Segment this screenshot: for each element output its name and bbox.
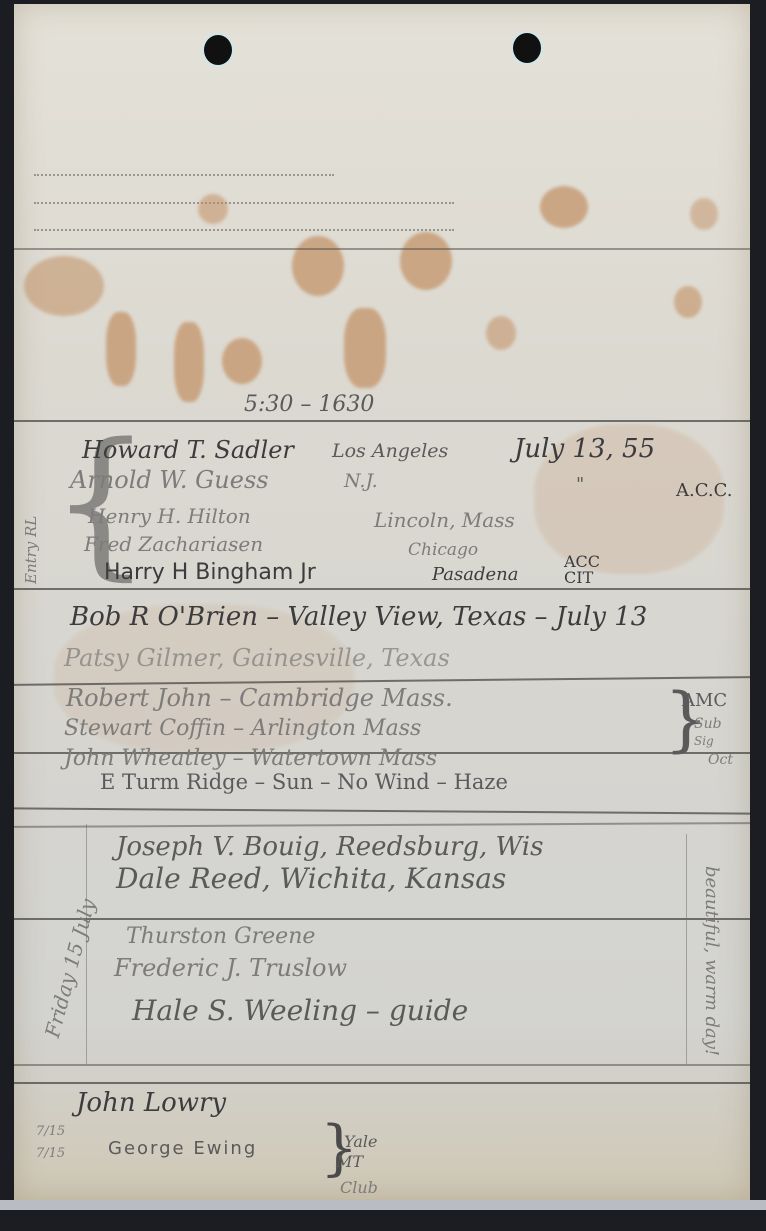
ruled-line <box>14 1082 750 1084</box>
entry-date: 7/15 <box>36 1124 65 1139</box>
stain <box>174 322 204 402</box>
entry-place: Lincoln, Mass <box>374 508 515 532</box>
time-range: 5:30 – 1630 <box>244 392 374 417</box>
ruled-line <box>14 807 750 814</box>
entry-line: Joseph V. Bouig, Reedsburg, Wis <box>116 832 543 862</box>
right-margin-note: beautiful, warm day! <box>701 866 722 1056</box>
stain <box>400 232 452 290</box>
stain <box>292 236 344 296</box>
side-note: Yale <box>344 1132 377 1151</box>
page-edge <box>0 1200 766 1210</box>
stain <box>674 286 702 318</box>
punch-hole-right <box>513 33 541 63</box>
side-note: Club <box>340 1178 378 1197</box>
ruled-line <box>14 822 750 828</box>
entry-name: Harry H Bingham Jr <box>104 560 316 585</box>
stain <box>486 316 516 350</box>
entry-line: John Wheatley – Watertown Mass <box>64 746 437 771</box>
punch-hole-left <box>204 35 232 65</box>
margin-line <box>686 834 687 1064</box>
side-note: Sig <box>694 734 714 748</box>
printed-dotted-line <box>34 174 334 177</box>
entry-note: ACC CIT <box>564 554 624 586</box>
register-page: 5:30 – 1630 Entry RL { Howard T. Sadler … <box>14 4 750 1200</box>
side-note: Sub <box>694 716 722 732</box>
ruled-line <box>14 918 750 920</box>
entry-date: " <box>576 474 584 495</box>
stain <box>344 308 386 388</box>
side-note: Oct <box>708 752 733 768</box>
ruled-line <box>14 1064 750 1066</box>
section-1-margin-label: Entry RL <box>22 516 40 584</box>
entry-place: Los Angeles <box>332 440 448 462</box>
side-note: MT <box>336 1152 363 1171</box>
entry-line: Stewart Coffin – Arlington Mass <box>64 716 421 741</box>
entry-line: Dale Reed, Wichita, Kansas <box>116 862 506 895</box>
entry-line: Thurston Greene <box>126 924 315 949</box>
ruled-line <box>14 248 750 250</box>
entry-name: Henry H. Hilton <box>88 504 251 528</box>
entry-line: E Turm Ridge – Sun – No Wind – Haze <box>100 770 508 794</box>
entry-line: Robert John – Cambridge Mass. <box>66 684 453 712</box>
entry-name: Fred Zachariasen <box>84 532 263 556</box>
printed-dotted-line <box>34 229 454 232</box>
entry-line: Patsy Gilmer, Gainesville, Texas <box>64 644 450 672</box>
entry-line: Bob R O'Brien – Valley View, Texas – Jul… <box>70 602 647 632</box>
entry-date: July 13, 55 <box>514 434 655 464</box>
entry-line: Hale S. Weeling – guide <box>132 994 468 1027</box>
entry-name: Howard T. Sadler <box>82 436 294 464</box>
printed-dotted-line <box>34 202 454 205</box>
entry-line: Frederic J. Truslow <box>114 954 347 982</box>
side-note: AMC <box>682 690 727 711</box>
entry-line: George Ewing <box>108 1138 257 1159</box>
entry-place: N.J. <box>344 470 378 492</box>
entry-date: 7/15 <box>36 1146 65 1161</box>
stain <box>198 194 228 224</box>
entry-place: Pasadena <box>432 564 519 585</box>
stain <box>106 312 136 386</box>
entry-place: Chicago <box>408 540 478 560</box>
stain <box>540 186 588 228</box>
entry-name: Arnold W. Guess <box>70 466 269 494</box>
stain <box>24 256 104 316</box>
entry-line: John Lowry <box>76 1088 226 1118</box>
stain <box>690 198 718 230</box>
stain <box>222 338 262 384</box>
entry-note: A.C.C. <box>676 480 732 501</box>
